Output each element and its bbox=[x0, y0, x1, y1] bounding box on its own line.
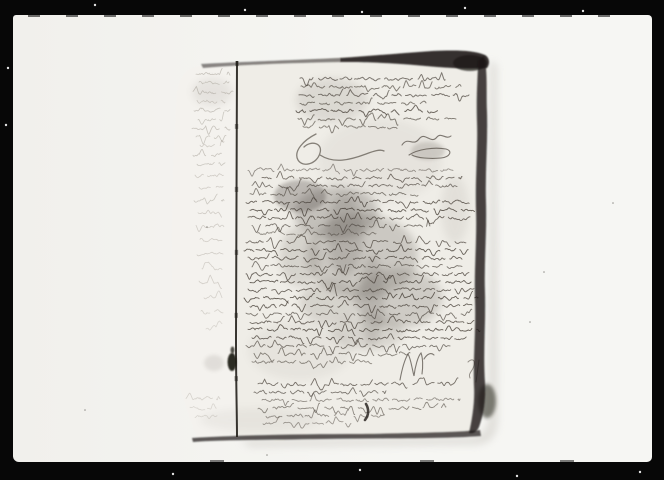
film-edge-notch bbox=[420, 460, 434, 462]
film-speck bbox=[464, 7, 466, 9]
film-edge-notch bbox=[66, 15, 78, 17]
film-edge-notch bbox=[218, 15, 230, 17]
film-speck bbox=[172, 473, 174, 475]
manuscript-scene bbox=[0, 0, 664, 480]
film-speck bbox=[5, 124, 7, 126]
film-speck bbox=[361, 11, 363, 13]
archival-photograph bbox=[0, 0, 664, 480]
film-speck bbox=[516, 475, 518, 477]
ink-smudge bbox=[327, 195, 363, 275]
paper-speck bbox=[266, 454, 268, 456]
film-edge-notch bbox=[560, 15, 572, 17]
binding-stub bbox=[172, 62, 238, 437]
film-edge-notch bbox=[408, 15, 420, 17]
ink-smudge bbox=[411, 142, 445, 160]
ink-smudge bbox=[280, 226, 320, 286]
paper-speck bbox=[543, 271, 545, 273]
film-speck bbox=[94, 4, 96, 6]
film-edge-notch bbox=[294, 15, 306, 17]
film-edge-notch bbox=[104, 15, 116, 17]
paper-speck bbox=[612, 202, 614, 204]
film-edge-notch bbox=[332, 15, 344, 17]
film-edge-notch bbox=[484, 15, 496, 17]
paper-speck bbox=[84, 409, 86, 411]
film-speck bbox=[7, 67, 9, 69]
ink-blob bbox=[228, 353, 237, 371]
film-edge-notch bbox=[370, 15, 382, 17]
film-edge-notch bbox=[142, 15, 154, 17]
ink-blob bbox=[231, 347, 235, 354]
film-edge-notch bbox=[28, 15, 40, 17]
film-edge-notch bbox=[210, 460, 224, 462]
film-edge-notch bbox=[560, 460, 574, 462]
parchment-wash bbox=[296, 78, 368, 122]
paper-speck bbox=[529, 321, 531, 323]
film-edge-notch bbox=[598, 15, 610, 17]
film-edge-notch bbox=[446, 15, 458, 17]
paper-speck bbox=[206, 226, 208, 228]
film-speck bbox=[244, 9, 246, 11]
film-edge-notch bbox=[256, 15, 268, 17]
film-speck bbox=[639, 471, 641, 473]
film-speck bbox=[582, 10, 584, 12]
ink-smudge bbox=[204, 355, 224, 371]
film-speck bbox=[359, 469, 361, 471]
film-edge-notch bbox=[180, 15, 192, 17]
ink-smudge bbox=[360, 255, 384, 345]
film-edge-notch bbox=[522, 15, 534, 17]
